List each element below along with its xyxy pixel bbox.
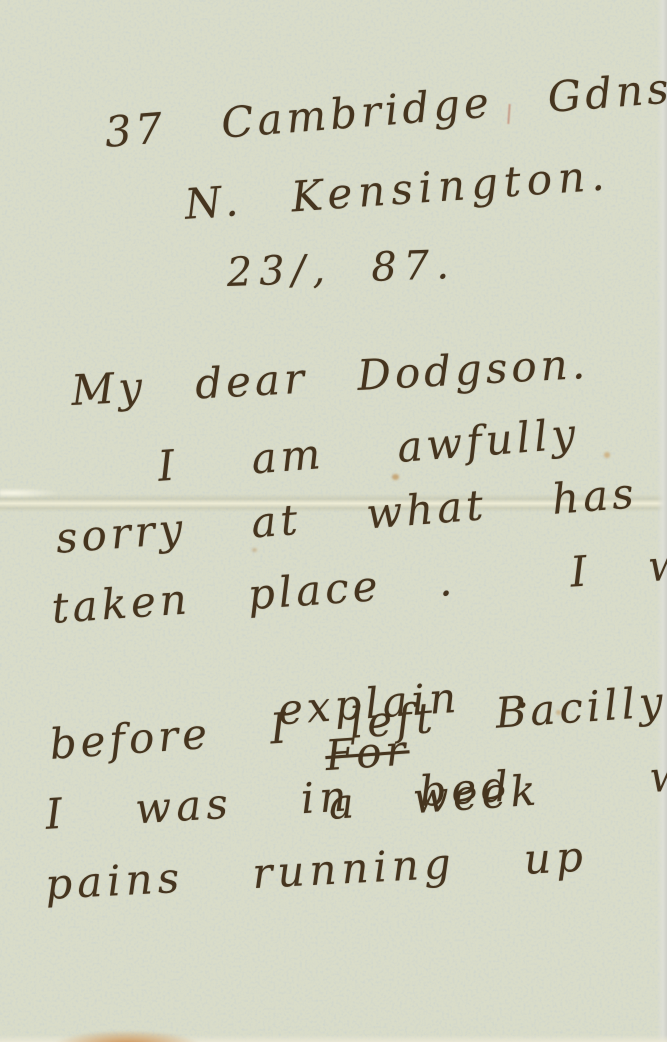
- fold-crease-notch: [0, 488, 58, 498]
- salutation: My dear Dodgson.: [70, 339, 590, 415]
- foxing-spot: [252, 548, 257, 552]
- address-line-1: 37 Cambridge Gdns.: [103, 62, 667, 157]
- foxing-spot: [392, 474, 399, 480]
- address-line-2: N. Kensington.: [183, 150, 612, 229]
- date-line: 23/, 87.: [226, 242, 457, 296]
- paper-edge-right: [657, 0, 667, 1042]
- foxing-spot: [604, 452, 610, 458]
- letter-page: 37 Cambridge Gdns. N. Kensington. 23/, 8…: [0, 0, 667, 1042]
- bottom-stain: [52, 1030, 202, 1042]
